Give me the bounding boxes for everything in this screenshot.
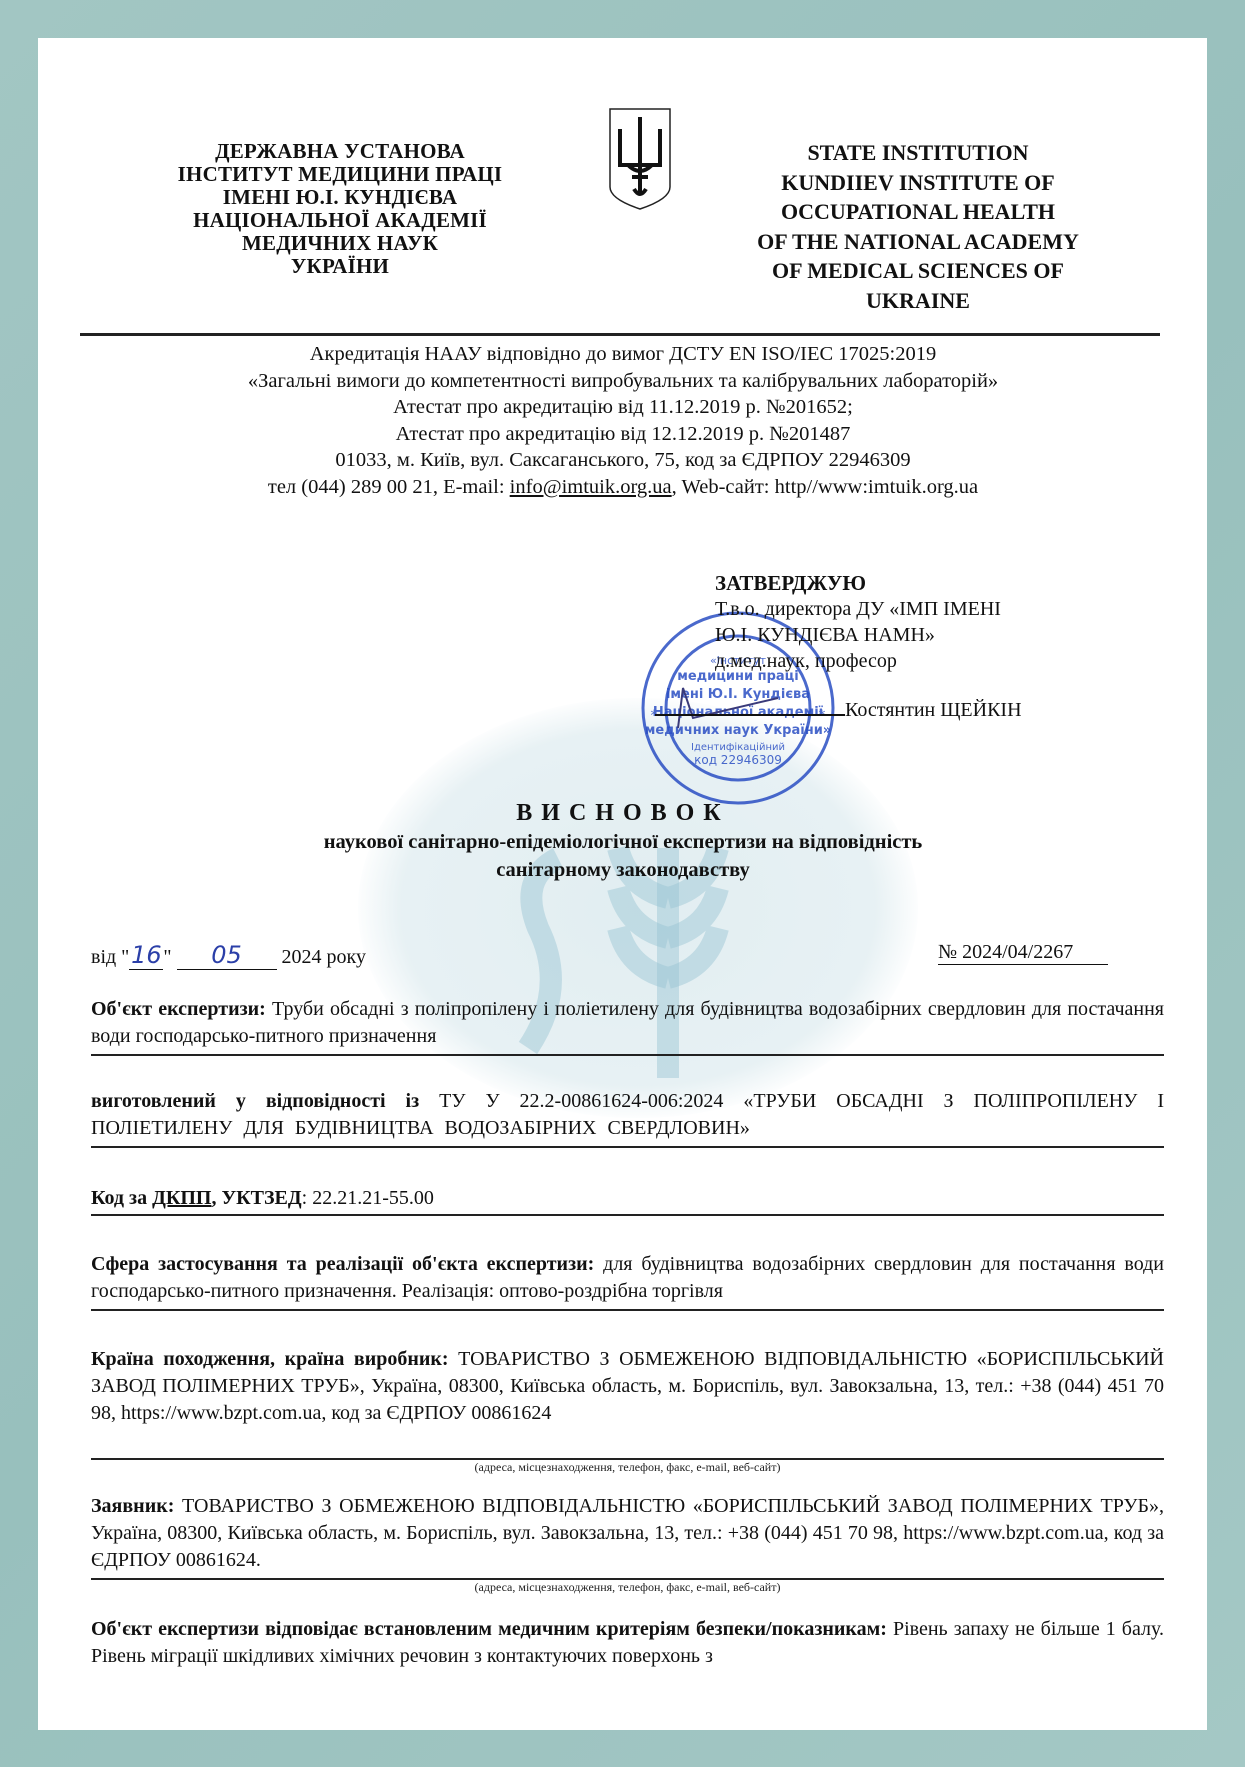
field-compliance: Об'єкт експертизи відповідає встановлени…	[91, 1616, 1164, 1670]
svg-text:Ідентифікаційний: Ідентифікаційний	[691, 741, 785, 753]
document-subtitle: санітарному законодавству	[98, 856, 1148, 884]
field-label-dkpp: ДКПП	[152, 1187, 211, 1209]
header-institution-ua: ДЕРЖАВНА УСТАНОВА ІНСТИТУТ МЕДИЦИНИ ПРАЦ…	[150, 140, 530, 278]
field-divider	[91, 1054, 1164, 1056]
field-label: Сфера застосування та реалізації об'єкта…	[91, 1253, 594, 1275]
date-year: 2024 року	[282, 946, 366, 968]
accreditation-line: Акредитація НААУ відповідно до вимог ДСТ…	[98, 341, 1148, 368]
approval-degree: д.мед.наук, професор	[715, 648, 1175, 674]
field-divider	[91, 1146, 1164, 1148]
document-page: ДЕРЖАВНА УСТАНОВА ІНСТИТУТ МЕДИЦИНИ ПРАЦ…	[38, 38, 1207, 1730]
field-code: Код за ДКПП, УКТЗЕД: 22.21.21-55.00	[91, 1185, 1164, 1212]
header-en-line: OF THE NATIONAL ACADEMY	[718, 227, 1118, 257]
website-text: http//www:imtuik.org.ua	[775, 476, 978, 498]
field-label: Код за	[91, 1187, 152, 1209]
field-value: : 22.21.21-55.00	[302, 1187, 434, 1209]
field-scope: Сфера застосування та реалізації об'єкта…	[91, 1251, 1164, 1305]
field-label: Заявник:	[91, 1495, 174, 1517]
field-manufactured: виготовлений у відповідності із ТУ У 22.…	[91, 1088, 1164, 1142]
field-value: ТОВАРИСТВО З ОБМЕЖЕНОЮ ВІДПОВІДАЛЬНІСТЮ …	[91, 1495, 1164, 1571]
accreditation-line: Атестат про акредитацію від 12.12.2019 р…	[98, 421, 1148, 448]
signatory-name: Костянтин ЩЕЙКІН	[845, 699, 1022, 721]
document-title-block: ВИСНОВОК наукової санітарно-епідеміологі…	[98, 798, 1148, 884]
approval-institution: Ю.І. КУНДІЄВА НАМН»	[715, 622, 1175, 648]
approval-position: Т.в.о. директора ДУ «ІМП ІМЕНІ	[715, 596, 1175, 622]
header-ua-line: ДЕРЖАВНА УСТАНОВА	[150, 140, 530, 163]
header-ua-line: МЕДИЧНИХ НАУК	[150, 232, 530, 255]
header-en-line: KUNDIIEV INSTITUTE OF	[718, 168, 1118, 198]
address-hint: (адреса, місцезнаходження, телефон, факс…	[91, 1580, 1164, 1595]
field-label: Об'єкт експертизи відповідає встановлени…	[91, 1618, 887, 1640]
field-object: Об'єкт експертизи: Труби обсадні з поліп…	[91, 996, 1164, 1050]
field-divider	[91, 1309, 1164, 1311]
field-label: , УКТЗЕД	[211, 1187, 301, 1209]
header-ua-line: ІНСТИТУТ МЕДИЦИНИ ПРАЦІ	[150, 163, 530, 186]
approval-title: ЗАТВЕРДЖУЮ	[715, 570, 1175, 596]
svg-text:медичних наук України»: медичних наук України»	[645, 723, 831, 738]
date-quote: "	[163, 946, 171, 968]
header-en-line: STATE INSTITUTION	[718, 138, 1118, 168]
contact-line: тел (044) 289 00 21, E-mail: info@imtuik…	[98, 474, 1148, 501]
field-country: Країна походження, країна виробник: ТОВА…	[91, 1346, 1164, 1427]
document-number: № 2024/04/2267	[938, 941, 1108, 965]
header-institution-en: STATE INSTITUTION KUNDIIEV INSTITUTE OF …	[718, 138, 1118, 315]
date-month: 05	[177, 941, 277, 970]
approval-block: ЗАТВЕРДЖУЮ Т.в.о. директора ДУ «ІМП ІМЕН…	[715, 570, 1175, 723]
document-date: від "16" 05 2024 року	[91, 941, 366, 970]
header-en-line: OCCUPATIONAL HEALTH	[718, 197, 1118, 227]
trident-icon	[608, 107, 672, 211]
header-divider	[80, 333, 1160, 336]
signature-row: Костянтин ЩЕЙКІН	[655, 696, 1175, 723]
field-label: виготовлений у відповідності із	[91, 1090, 419, 1112]
accreditation-line: Атестат про акредитацію від 11.12.2019 р…	[98, 394, 1148, 421]
header-en-line: UKRAINE	[718, 286, 1118, 316]
document-title: ВИСНОВОК	[98, 798, 1148, 828]
date-prefix: від "	[91, 946, 129, 968]
email-link[interactable]: info@imtuik.org.ua	[510, 476, 672, 498]
svg-text:код 22946309: код 22946309	[694, 753, 782, 767]
document-number-value: № 2024/04/2267	[938, 941, 1108, 965]
date-day: 16	[129, 941, 163, 970]
field-divider	[91, 1214, 1164, 1216]
accreditation-line: 01033, м. Київ, вул. Саксаганського, 75,…	[98, 447, 1148, 474]
field-label: Об'єкт експертизи:	[91, 998, 266, 1020]
accreditation-block: Акредитація НААУ відповідно до вимог ДСТ…	[98, 341, 1148, 500]
field-applicant: Заявник: ТОВАРИСТВО З ОБМЕЖЕНОЮ ВІДПОВІД…	[91, 1493, 1164, 1574]
phone-text: тел (044) 289 00 21, E-mail:	[268, 476, 510, 498]
header-ua-line: НАЦІОНАЛЬНОЇ АКАДЕМІЇ	[150, 209, 530, 232]
field-label: Країна походження, країна виробник:	[91, 1348, 449, 1370]
header-ua-line: УКРАЇНИ	[150, 255, 530, 278]
address-hint: (адреса, місцезнаходження, телефон, факс…	[91, 1460, 1164, 1475]
accreditation-line: «Загальні вимоги до компетентності випро…	[98, 368, 1148, 395]
signature-line	[655, 696, 845, 716]
header-en-line: OF MEDICAL SCIENCES OF	[718, 256, 1118, 286]
web-label: , Web-сайт:	[672, 476, 775, 498]
document-subtitle: наукової санітарно-епідеміологічної експ…	[98, 828, 1148, 856]
header-ua-line: ІМЕНІ Ю.І. КУНДІЄВА	[150, 186, 530, 209]
